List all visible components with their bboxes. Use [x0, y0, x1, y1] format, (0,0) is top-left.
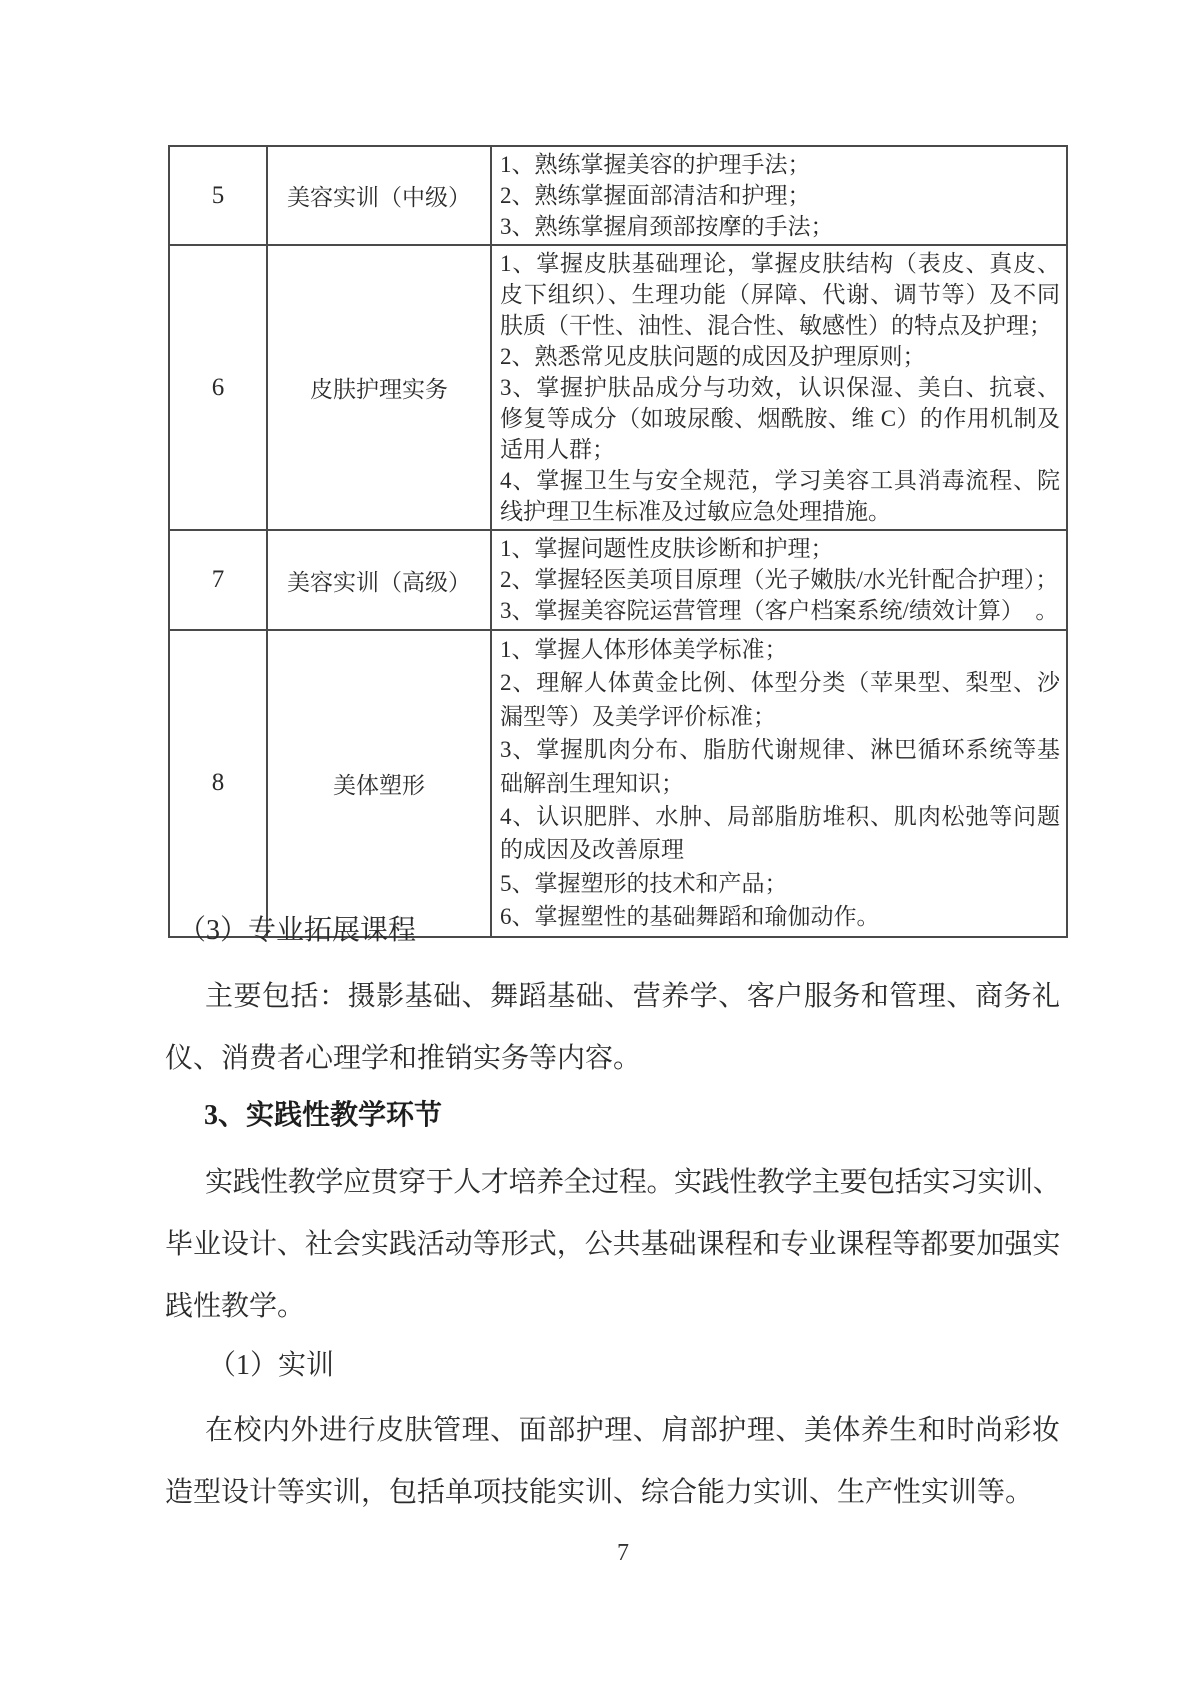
row-number-cell: 5	[169, 146, 267, 245]
objective-line: 3、掌握美容院运营管理（客户档案系统/绩效计算） 。	[500, 595, 1060, 626]
objectives-cell: 1、掌握人体形体美学标准；2、理解人体黄金比例、体型分类（苹果型、梨型、沙漏型等…	[491, 630, 1067, 937]
objective-item: 1、掌握皮肤基础理论，掌握皮肤结构（表皮、真皮、皮下组织）、生理功能（屏障、代谢…	[500, 248, 1060, 341]
objective-item: 4、掌握卫生与安全规范，学习美容工具消毒流程、院线护理卫生标准及过敏应急处理措施…	[500, 465, 1060, 527]
objective-item: 3、熟练掌握肩颈部按摩的手法；	[500, 211, 1060, 242]
row-number-cell: 6	[169, 245, 267, 530]
objective-item: 3、掌握护肤品成分与功效，认识保湿、美白、抗衰、修复等成分（如玻尿酸、烟酰胺、维…	[500, 372, 1060, 465]
objective-line: 3、掌握护肤品成分与功效，认识保湿、美白、抗衰、	[500, 372, 1060, 403]
objective-line: 2、掌握轻医美项目原理（光子嫩肤/水光针配合护理）；	[500, 564, 1060, 595]
objective-line: 1、熟练掌握美容的护理手法；	[500, 149, 1060, 180]
section-heading-training: （1）实训	[208, 1349, 334, 1383]
objective-line: 1、掌握皮肤基础理论，掌握皮肤结构（表皮、真皮、	[500, 248, 1060, 279]
course-table-body: 5美容实训（中级）1、熟练掌握美容的护理手法；2、熟练掌握面部清洁和护理；3、熟…	[169, 146, 1067, 937]
text-line: 践性教学。	[165, 1276, 1060, 1338]
objective-item: 1、熟练掌握美容的护理手法；	[500, 149, 1060, 180]
objective-line: 3、熟练掌握肩颈部按摩的手法；	[500, 211, 1060, 242]
table-row: 7美容实训（高级）1、掌握问题性皮肤诊断和护理；2、掌握轻医美项目原理（光子嫩肤…	[169, 530, 1067, 630]
objective-item: 2、掌握轻医美项目原理（光子嫩肤/水光针配合护理）；	[500, 564, 1060, 595]
text-line: 主要包括：摄影基础、舞蹈基础、营养学、客户服务和管理、商务礼	[165, 966, 1060, 1028]
objective-line: 漏型等）及美学评价标准；	[500, 700, 1060, 733]
objective-item: 2、熟练掌握面部清洁和护理；	[500, 180, 1060, 211]
page-number: 7	[28, 1540, 1190, 1567]
row-number-cell: 8	[169, 630, 267, 937]
document-page: 5美容实训（中级）1、熟练掌握美容的护理手法；2、熟练掌握面部清洁和护理；3、熟…	[0, 0, 1190, 1683]
table-row: 6皮肤护理实务1、掌握皮肤基础理论，掌握皮肤结构（表皮、真皮、皮下组织）、生理功…	[169, 245, 1067, 530]
objective-line: 修复等成分（如玻尿酸、烟酰胺、维 C）的作用机制及	[500, 403, 1060, 434]
course-name-cell: 美容实训（中级）	[267, 146, 491, 245]
objective-line: 2、熟练掌握面部清洁和护理；	[500, 180, 1060, 211]
text-line: 毕业设计、社会实践活动等形式，公共基础课程和专业课程等都要加强实	[165, 1214, 1060, 1276]
table-row: 8美体塑形1、掌握人体形体美学标准；2、理解人体黄金比例、体型分类（苹果型、梨型…	[169, 630, 1067, 937]
objective-item: 1、掌握人体形体美学标准；	[500, 633, 1060, 666]
objective-line: 1、掌握问题性皮肤诊断和护理；	[500, 533, 1060, 564]
objective-item: 3、掌握美容院运营管理（客户档案系统/绩效计算） 。	[500, 595, 1060, 626]
objective-line: 4、掌握卫生与安全规范，学习美容工具消毒流程、院	[500, 465, 1060, 496]
objective-item: 4、认识肥胖、水肿、局部脂肪堆积、肌肉松弛等问题的成因及改善原理	[500, 800, 1060, 867]
text-line: 造型设计等实训，包括单项技能实训、综合能力实训、生产性实训等。	[165, 1462, 1060, 1524]
objective-item: 6、掌握塑性的基础舞蹈和瑜伽动作。	[500, 900, 1060, 933]
section-heading-practical-teaching: 3、实践性教学环节	[204, 1099, 442, 1133]
objective-line: 础解剖生理知识；	[500, 767, 1060, 800]
objective-line: 1、掌握人体形体美学标准；	[500, 633, 1060, 666]
text-line: 仪、消费者心理学和推销实务等内容。	[165, 1028, 1060, 1090]
row-number-cell: 7	[169, 530, 267, 630]
objective-item: 5、掌握塑形的技术和产品；	[500, 867, 1060, 900]
course-name-cell: 皮肤护理实务	[267, 245, 491, 530]
objective-item: 2、理解人体黄金比例、体型分类（苹果型、梨型、沙漏型等）及美学评价标准；	[500, 666, 1060, 733]
objective-line: 3、掌握肌肉分布、脂肪代谢规律、淋巴循环系统等基	[500, 733, 1060, 766]
objective-line: 4、认识肥胖、水肿、局部脂肪堆积、肌肉松弛等问题	[500, 800, 1060, 833]
objective-item: 2、熟悉常见皮肤问题的成因及护理原则；	[500, 341, 1060, 372]
objective-line: 2、熟悉常见皮肤问题的成因及护理原则；	[500, 341, 1060, 372]
course-name-cell: 美体塑形	[267, 630, 491, 937]
paragraph-expand-courses: 主要包括：摄影基础、舞蹈基础、营养学、客户服务和管理、商务礼仪、消费者心理学和推…	[165, 966, 1060, 1090]
objective-line: 适用人群；	[500, 434, 1060, 465]
objective-line: 的成因及改善原理	[500, 833, 1060, 866]
objective-line: 肤质（干性、油性、混合性、敏感性）的特点及护理；	[500, 310, 1060, 341]
text-line: 实践性教学应贯穿于人才培养全过程。实践性教学主要包括实习实训、	[165, 1152, 1060, 1214]
course-table: 5美容实训（中级）1、熟练掌握美容的护理手法；2、熟练掌握面部清洁和护理；3、熟…	[168, 145, 1068, 938]
objectives-cell: 1、熟练掌握美容的护理手法；2、熟练掌握面部清洁和护理；3、熟练掌握肩颈部按摩的…	[491, 146, 1067, 245]
objective-item: 1、掌握问题性皮肤诊断和护理；	[500, 533, 1060, 564]
objective-line: 5、掌握塑形的技术和产品；	[500, 867, 1060, 900]
paragraph-practical-teaching: 实践性教学应贯穿于人才培养全过程。实践性教学主要包括实习实训、毕业设计、社会实践…	[165, 1152, 1060, 1338]
table-row: 5美容实训（中级）1、熟练掌握美容的护理手法；2、熟练掌握面部清洁和护理；3、熟…	[169, 146, 1067, 245]
objective-line: 线护理卫生标准及过敏应急处理措施。	[500, 496, 1060, 527]
paragraph-training: 在校内外进行皮肤管理、面部护理、肩部护理、美体养生和时尚彩妆造型设计等实训，包括…	[165, 1400, 1060, 1524]
objectives-cell: 1、掌握皮肤基础理论，掌握皮肤结构（表皮、真皮、皮下组织）、生理功能（屏障、代谢…	[491, 245, 1067, 530]
section-heading-expand-courses: （3）专业拓展课程	[178, 914, 416, 948]
objectives-cell: 1、掌握问题性皮肤诊断和护理；2、掌握轻医美项目原理（光子嫩肤/水光针配合护理）…	[491, 530, 1067, 630]
course-name-cell: 美容实训（高级）	[267, 530, 491, 630]
objective-line: 皮下组织）、生理功能（屏障、代谢、调节等）及不同	[500, 279, 1060, 310]
text-line: 在校内外进行皮肤管理、面部护理、肩部护理、美体养生和时尚彩妆	[165, 1400, 1060, 1462]
objective-line: 2、理解人体黄金比例、体型分类（苹果型、梨型、沙	[500, 666, 1060, 699]
objective-line: 6、掌握塑性的基础舞蹈和瑜伽动作。	[500, 900, 1060, 933]
objective-item: 3、掌握肌肉分布、脂肪代谢规律、淋巴循环系统等基础解剖生理知识；	[500, 733, 1060, 800]
